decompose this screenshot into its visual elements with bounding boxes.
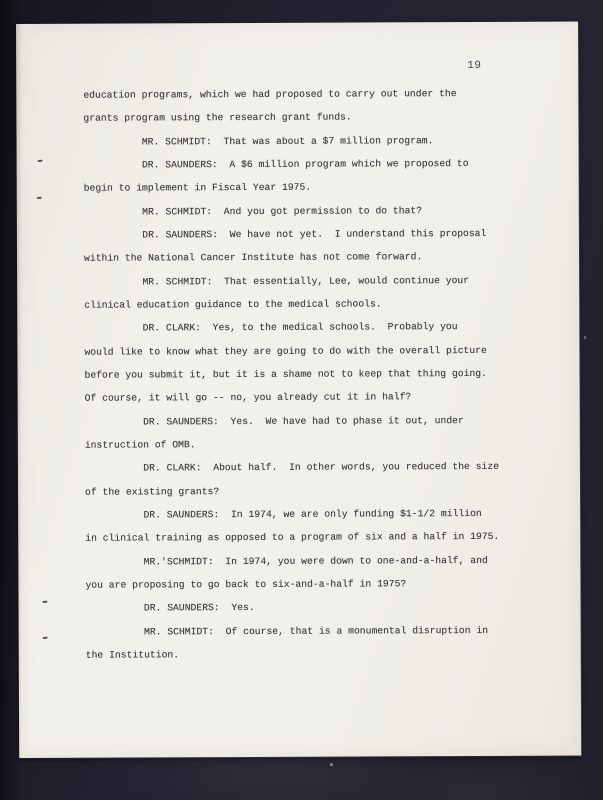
margin-mark <box>37 197 42 200</box>
margin-mark <box>37 160 42 163</box>
scanned-document-photo: 19 education programs, which we had prop… <box>0 0 603 800</box>
page-number: 19 <box>467 60 481 72</box>
margin-mark <box>42 601 47 604</box>
margin-mark <box>43 637 48 640</box>
dust-speck <box>584 336 586 339</box>
document-page: 19 education programs, which we had prop… <box>16 22 581 758</box>
transcript-text: education programs, which we had propose… <box>83 82 500 667</box>
dust-speck <box>330 763 333 766</box>
